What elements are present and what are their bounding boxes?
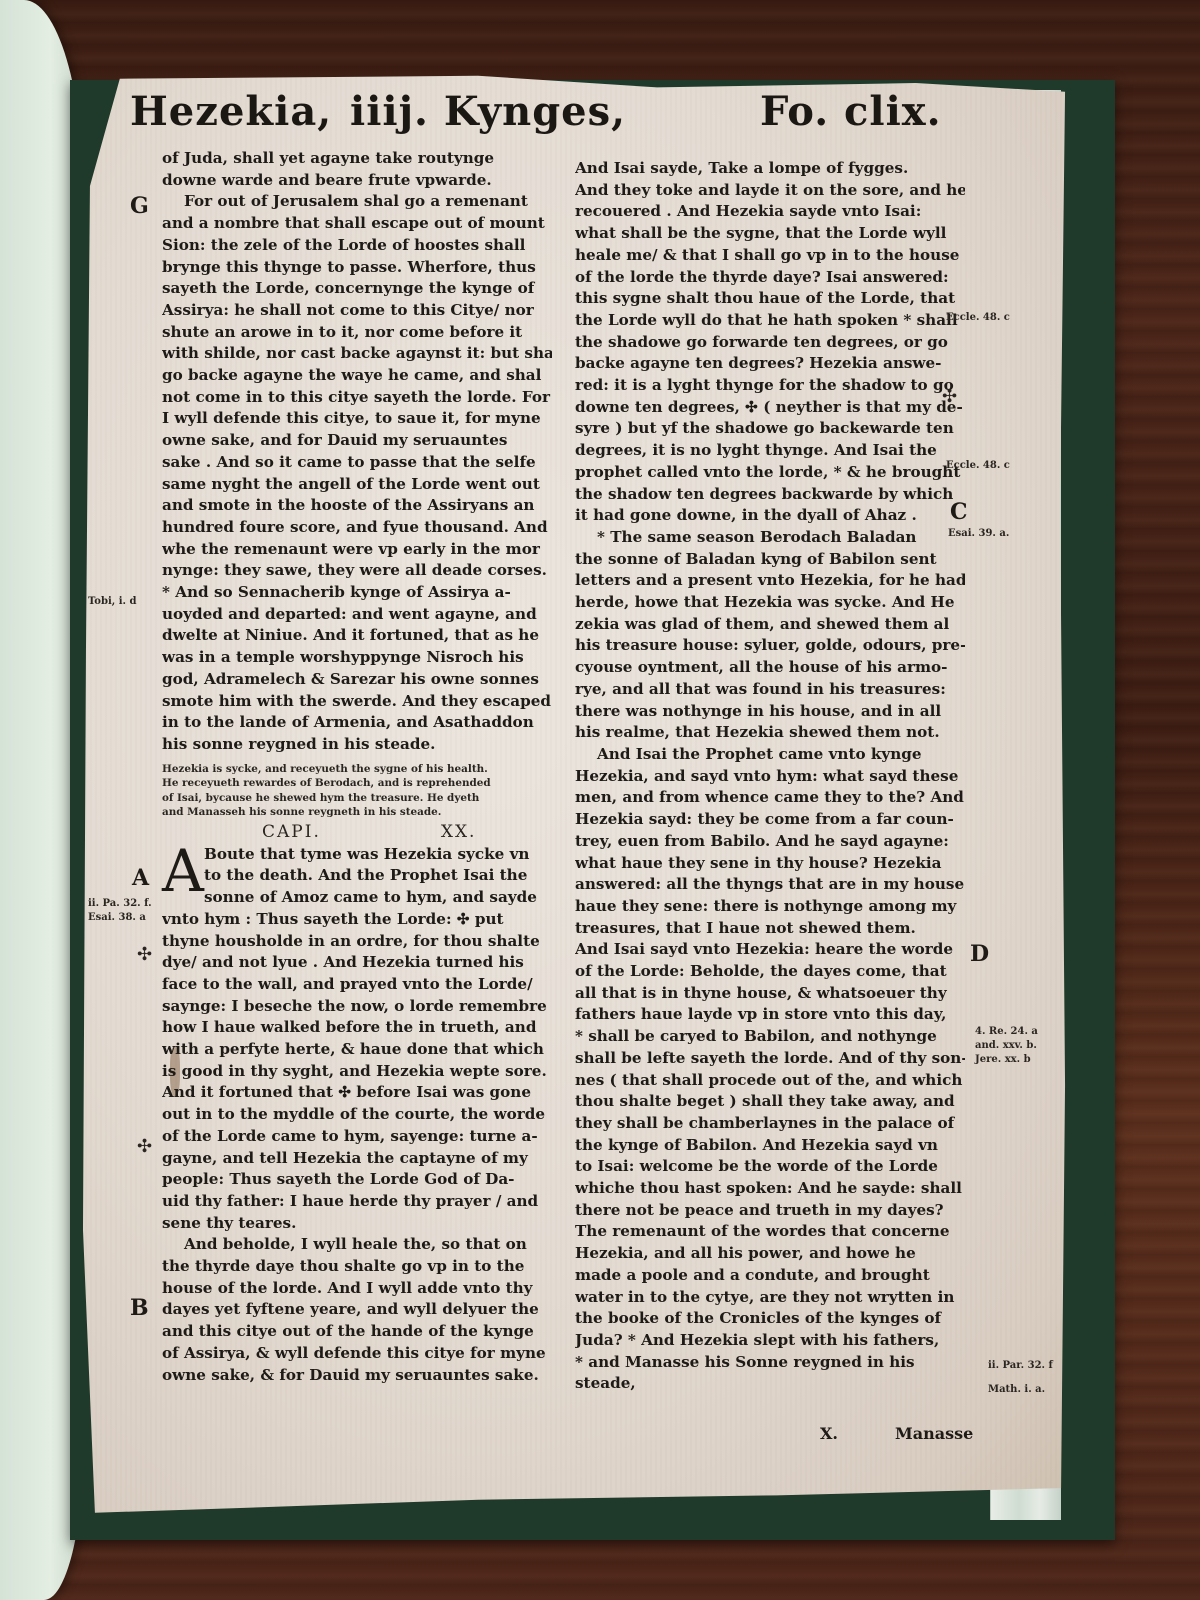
right-text-column: And Isai sayde, Take a lompe of fygges. … (575, 158, 965, 1395)
text-line: fathers haue layde vp in store vnto this… (575, 1004, 965, 1026)
text-line: there was nothynge in his house, and in … (575, 701, 965, 723)
text-line: Hezekia, and sayd vnto hym: what sayd th… (575, 766, 965, 788)
asterism-icon: ✣ (942, 388, 957, 406)
running-head-title: iiij. Kynges, (350, 88, 626, 135)
text-line: how I haue walked before the in trueth, … (162, 1017, 552, 1039)
folio-number: Fo. clix. (760, 88, 942, 135)
text-line: For out of Jerusalem shal go a remenant (162, 191, 552, 213)
text-line: out in to the myddle of the courte, the … (162, 1104, 552, 1126)
text-line: Assirya: he shall not come to this Citye… (162, 300, 552, 322)
text-line: to the death. And the Prophet Isai the (162, 865, 552, 887)
text-line: I wyll defende this citye, to saue it, f… (162, 408, 552, 430)
section-letter-d: D (970, 942, 989, 966)
text-line: the thyrde daye thou shalte go vp in to … (162, 1256, 552, 1278)
chapter-summary: Hezekia is sycke, and receyueth the sygn… (162, 762, 552, 820)
text-line: Boute that tyme was Hezekia sycke vn (162, 844, 552, 866)
text-line: Hezekia sayd: they be come from a far co… (575, 809, 965, 831)
text-line: people: Thus sayeth the Lorde God of Da- (162, 1169, 552, 1191)
text-line: Sion: the zele of the Lorde of hoostes s… (162, 235, 552, 257)
text-line: his treasure house: syluer, golde, odour… (575, 635, 965, 657)
text-line: uoyded and departed: and went agayne, an… (162, 604, 552, 626)
text-line: * and Manasse his Sonne reygned in his (575, 1352, 965, 1374)
text-line: of Assirya, & wyll defende this citye fo… (162, 1343, 552, 1365)
margin-reference-chronicles: ii. Par. 32. f (988, 1360, 1053, 1372)
text-line: steade, (575, 1373, 965, 1395)
text-line: degrees, it is no lyght thynge. And Isai… (575, 440, 965, 462)
summary-line: of Isai, bycause he shewed hym the treas… (162, 791, 552, 806)
text-line: The remenaunt of the wordes that concern… (575, 1221, 965, 1243)
running-head: Hezekia, iiij. Kynges, Fo. clix. (130, 88, 950, 148)
text-line: * shall be caryed to Babilon, and nothyn… (575, 1026, 965, 1048)
text-line: letters and a present vnto Hezekia, for … (575, 570, 965, 592)
text-line: * The same season Berodach Baladan (575, 527, 965, 549)
text-line: same nyght the angell of the Lorde went … (162, 474, 552, 496)
text-line: And Isai sayde, Take a lompe of fygges. (575, 158, 965, 180)
text-line: the Lorde wyll do that he hath spoken * … (575, 310, 965, 332)
signature-mark: X. (820, 1424, 838, 1443)
text-line: was in a temple worshyppynge Nisroch his (162, 647, 552, 669)
text-line: to Isai: welcome be the worde of the Lor… (575, 1156, 965, 1178)
text-line: it had gone downe, in the dyall of Ahaz … (575, 505, 965, 527)
asterism-icon: ✣ (137, 946, 152, 964)
text-line: dayes yet fyftene yeare, and wyll delyue… (162, 1299, 552, 1321)
paragraph-isai-prophet: And Isai the Prophet came vnto kynge Hez… (575, 744, 965, 939)
running-head-book: Hezekia, (130, 88, 332, 135)
text-line: and this citye out of the hande of the k… (162, 1321, 552, 1343)
asterism-icon: ✣ (137, 1138, 152, 1156)
text-line: trey, euen from Babilo. And he sayd agay… (575, 831, 965, 853)
text-line: the kynge of Babilon. And Hezekia sayd v… (575, 1135, 965, 1157)
text-line: downe ten degrees, ✣ ( neyther is that m… (575, 397, 965, 419)
text-line: uid thy father: I haue herde thy prayer … (162, 1191, 552, 1213)
margin-reference-ecclus: Eccle. 48. c (946, 460, 1010, 472)
margin-reference-jeremiah: Jere. xx. b (975, 1054, 1031, 1066)
text-line: dwelte at Niniue. And it fortuned, that … (162, 625, 552, 647)
section-letter-c: C (950, 500, 968, 524)
text-line: And it fortuned that ✣ before Isai was g… (162, 1082, 552, 1104)
text-line: And Isai sayd vnto Hezekia: heare the wo… (575, 939, 965, 961)
text-line: what haue they sene in thy house? Hezeki… (575, 853, 965, 875)
text-line: his realme, that Hezekia shewed them not… (575, 722, 965, 744)
text-line: thyne housholde in an ordre, for thou sh… (162, 931, 552, 953)
margin-reference-matthew: Math. i. a. (988, 1384, 1045, 1396)
text-line: all that is in thyne house, & whatsoeuer… (575, 983, 965, 1005)
text-line: go backe agayne the waye he came, and sh… (162, 365, 552, 387)
text-line: of the Lorde came to hym, sayenge: turne… (162, 1126, 552, 1148)
margin-reference-chronicles: ii. Pa. 32. f. (88, 898, 152, 910)
summary-line: and Manasseh his sonne reygneth in his s… (162, 805, 552, 820)
text-line: brynge this thynge to passe. Wherfore, t… (162, 257, 552, 279)
paragraph-a: A Boute that tyme was Hezekia sycke vn t… (162, 844, 552, 1235)
text-line: his sonne reygned in his steade. (162, 734, 552, 756)
margin-reference-kings: and. xxv. b. (975, 1040, 1037, 1052)
text-line: And they toke and layde it on the sore, … (575, 180, 965, 202)
text-line: red: it is a lyght thynge for the shadow… (575, 375, 965, 397)
text-line: * And so Sennacherib kynge of Assirya a- (162, 582, 552, 604)
text-line: haue they sene: there is nothynge among … (575, 896, 965, 918)
text-line: vnto hym : Thus sayeth the Lorde: ✣ put (162, 909, 552, 931)
text-line: of Juda, shall yet agayne take routynge (162, 148, 552, 170)
drop-cap-letter: A (162, 842, 204, 900)
chapter-number: XX. (441, 820, 477, 844)
paragraph-b: And beholde, I wyll heale the, so that o… (162, 1234, 552, 1386)
text-line: of the lorde the thyrde daye? Isai answe… (575, 267, 965, 289)
catchword: Manasse (895, 1424, 973, 1443)
text-line: syre ) but yf the shadowe go backewarde … (575, 418, 965, 440)
text-line: heale me/ & that I shall go vp in to the… (575, 245, 965, 267)
section-letter-b: B (130, 1296, 149, 1320)
text-line: the sonne of Baladan kyng of Babilon sen… (575, 549, 965, 571)
text-line: zekia was glad of them, and shewed them … (575, 614, 965, 636)
paragraph-g: For out of Jerusalem shal go a remenant … (162, 191, 552, 755)
text-line: this sygne shalt thou haue of the Lorde,… (575, 288, 965, 310)
text-line: and smote in the hooste of the Assiryans… (162, 495, 552, 517)
text-line: god, Adramelech & Sarezar his owne sonne… (162, 669, 552, 691)
text-line: owne sake, & for Dauid my seruauntes sak… (162, 1365, 552, 1387)
margin-reference-kings: 4. Re. 24. a (975, 1026, 1038, 1038)
text-line: And Isai the Prophet came vnto kynge (575, 744, 965, 766)
text-line: prophet called vnto the lorde, * & he br… (575, 462, 965, 484)
text-line: shall be lefte sayeth the lorde. And of … (575, 1048, 965, 1070)
text-line: sake . And so it came to passe that the … (162, 452, 552, 474)
text-line: men, and from whence came they to the? A… (575, 787, 965, 809)
text-line: owne sake, and for Dauid my seruauntes (162, 430, 552, 452)
text-line: thou shalte beget ) shall they take away… (575, 1091, 965, 1113)
chapter-heading: CAPI. XX. (162, 820, 552, 844)
text-line: of the Lorde: Beholde, the dayes come, t… (575, 961, 965, 983)
margin-reference-ecclus: Eccle. 48. c (946, 312, 1010, 324)
text-line: made a poole and a condute, and brought (575, 1265, 965, 1287)
summary-line: Hezekia is sycke, and receyueth the sygn… (162, 762, 552, 777)
text-line: treasures, that I haue not shewed them. (575, 918, 965, 940)
text-line: with a perfyte herte, & haue done that w… (162, 1039, 552, 1061)
text-line: there not be peace and trueth in my daye… (575, 1200, 965, 1222)
section-letter-g: G (130, 194, 149, 218)
text-line: sayeth the Lorde, concernynge the kynge … (162, 278, 552, 300)
text-line: Hezekia, and all his power, and howe he (575, 1243, 965, 1265)
text-line: face to the wall, and prayed vnto the Lo… (162, 974, 552, 996)
paragraph-prophecy: And Isai sayd vnto Hezekia: heare the wo… (575, 939, 965, 1395)
text-line: rye, and all that was found in his treas… (575, 679, 965, 701)
chapter-label: CAPI. (262, 820, 321, 844)
text-line: they shall be chamberlaynes in the palac… (575, 1113, 965, 1135)
text-line: saynge: I beseche the now, o lorde remem… (162, 996, 552, 1018)
text-line: with shilde, nor cast backe agaynst it: … (162, 343, 552, 365)
left-text-column: of Juda, shall yet agayne take routynge … (162, 148, 552, 1386)
paragraph-figs: And Isai sayde, Take a lompe of fygges. … (575, 158, 965, 527)
text-line: downe warde and beare frute vpwarde. (162, 170, 552, 192)
text-line: nes ( that shall procede out of the, and… (575, 1070, 965, 1092)
section-letter-a: A (132, 866, 149, 890)
text-line: water in to the cytye, are they not wryt… (575, 1287, 965, 1309)
paragraph-berodach: * The same season Berodach Baladan the s… (575, 527, 965, 744)
text-line: house of the lorde. And I wyll adde vnto… (162, 1278, 552, 1300)
text-line: gayne, and tell Hezekia the captayne of … (162, 1148, 552, 1170)
text-line: sonne of Amoz came to hym, and sayde (162, 887, 552, 909)
text-line: whiche thou hast spoken: And he sayde: s… (575, 1178, 965, 1200)
margin-reference-isaiah: Esai. 38. a (88, 912, 146, 924)
text-line: sene thy teares. (162, 1213, 552, 1235)
summary-line: He receyueth rewardes of Berodach, and i… (162, 776, 552, 791)
margin-reference-tobit: Tobi, i. d (88, 596, 136, 608)
text-line: And beholde, I wyll heale the, so that o… (162, 1234, 552, 1256)
text-line: dye/ and not lyue . And Hezekia turned h… (162, 952, 552, 974)
text-line: shute an arowe in to it, nor come before… (162, 322, 552, 344)
text-line: recouered . And Hezekia sayde vnto Isai: (575, 201, 965, 223)
text-line: the booke of the Cronicles of the kynges… (575, 1308, 965, 1330)
text-line: answered: all the thyngs that are in my … (575, 874, 965, 896)
text-line: backe agayne ten degrees? Hezekia answe- (575, 353, 965, 375)
text-line: the shadow ten degrees backwarde by whic… (575, 484, 965, 506)
text-line: is good in thy syght, and Hezekia wepte … (162, 1061, 552, 1083)
text-line: herde, howe that Hezekia was sycke. And … (575, 592, 965, 614)
text-line: and a nombre that shall escape out of mo… (162, 213, 552, 235)
text-line: not come in to this citye sayeth the lor… (162, 387, 552, 409)
text-line: cyouse oyntment, all the house of his ar… (575, 657, 965, 679)
text-line: what shall be the sygne, that the Lorde … (575, 223, 965, 245)
text-line: hundred foure score, and fyue thousand. … (162, 517, 552, 539)
text-line: Juda? * And Hezekia slept with his fathe… (575, 1330, 965, 1352)
text-line: smote him with the swerde. And they esca… (162, 691, 552, 713)
margin-reference-isaiah: Esai. 39. a. (948, 528, 1009, 540)
text-line: the shadowe go forwarde ten degrees, or … (575, 332, 965, 354)
text-line: in to the lande of Armenia, and Asathadd… (162, 712, 552, 734)
text-line: whe the remenaunt were vp early in the m… (162, 539, 552, 561)
text-line: nynge: they sawe, they were all deade co… (162, 560, 552, 582)
